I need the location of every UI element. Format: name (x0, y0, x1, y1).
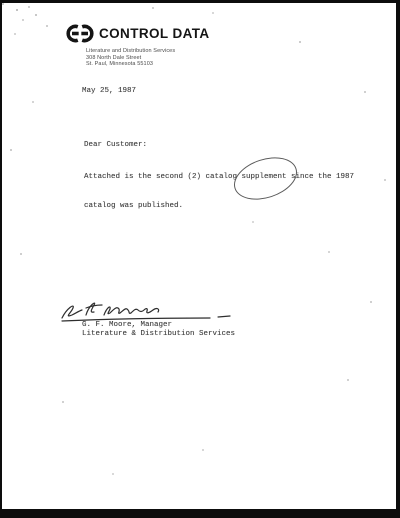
scan-noise-specks (2, 3, 4, 5)
circled-word: supplement (242, 173, 287, 181)
address-line-city: St. Paul, Minnesota 55103 (86, 61, 210, 68)
letterhead-address: Literature and Distribution Services 308… (86, 48, 210, 68)
typed-signer-title: Literature & Distribution Services (82, 330, 235, 338)
company-name: CONTROL DATA (99, 26, 210, 41)
salutation: Dear Customer: (84, 141, 147, 149)
body-line1-post: since the 1987 (287, 173, 355, 181)
brand-row: CONTROL DATA (64, 22, 210, 45)
body-line1-pre: Attached is the second (2) catalog (84, 173, 242, 181)
scanned-letter-page: CONTROL DATA Literature and Distribution… (0, 0, 400, 518)
letterhead: CONTROL DATA Literature and Distribution… (64, 22, 210, 68)
circled-word-wrap: supplement (242, 173, 287, 183)
body-line-2: catalog was published. (84, 202, 354, 212)
letter-date: May 25, 1987 (82, 87, 136, 95)
letter-body: Attached is the second (2) catalog suppl… (84, 154, 354, 230)
body-line-1: Attached is the second (2) catalog suppl… (84, 173, 354, 183)
typed-signer-name: G. F. Moore, Manager (82, 321, 172, 329)
control-data-logo-icon (64, 22, 96, 45)
